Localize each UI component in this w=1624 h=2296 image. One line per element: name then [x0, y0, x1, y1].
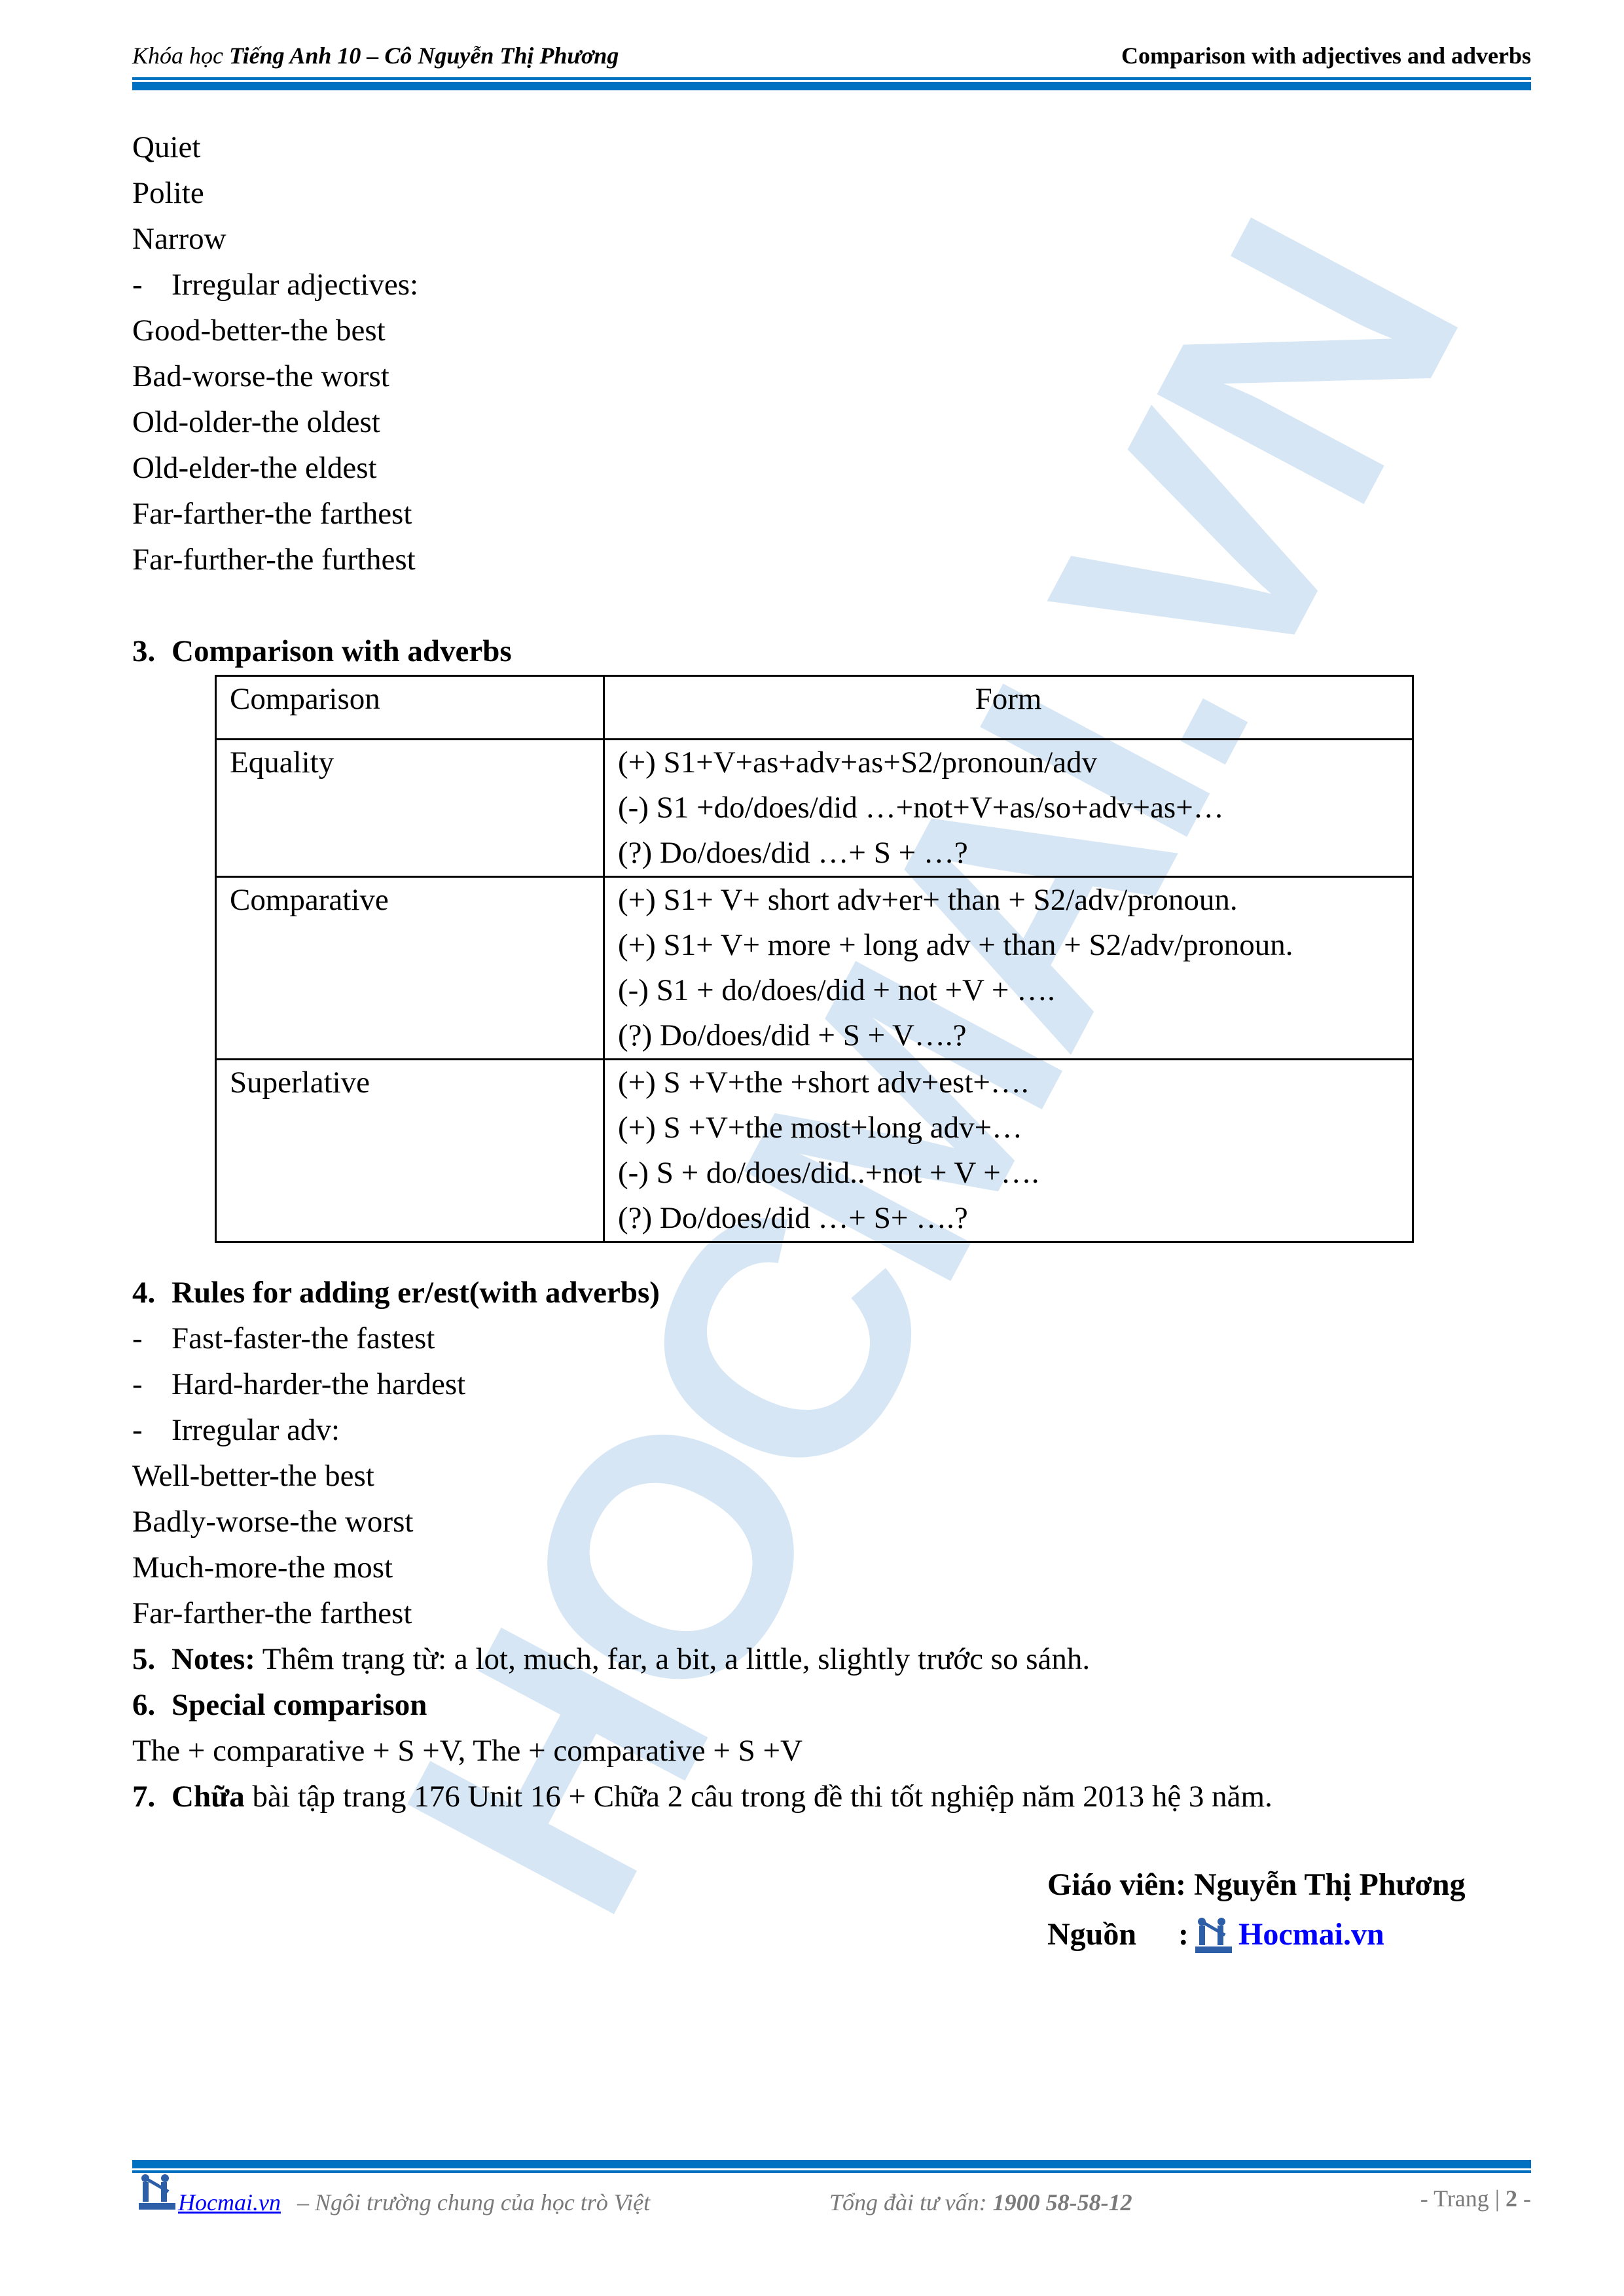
table-header-row: Comparison Form: [216, 676, 1413, 740]
table-cell-forms: (+) S +V+the +short adv+est+…. (+) S +V+…: [604, 1060, 1413, 1242]
table-row: Comparative (+) S1+ V+ short adv+er+ tha…: [216, 877, 1413, 1060]
footer-slogan: – Ngôi trường chung của học trò Việt: [297, 2189, 650, 2216]
header-course-title: Khóa học Tiếng Anh 10 – Cô Nguyễn Thị Ph…: [132, 42, 619, 69]
footer-site-link[interactable]: Hocmai.vn: [178, 2189, 281, 2216]
adjective-item: Quiet: [132, 124, 1531, 170]
table-header-comparison: Comparison: [216, 676, 604, 740]
irregular-adjective-item: Good-better-the best: [132, 308, 1531, 353]
header-course-prefix: Khóa học: [132, 43, 223, 69]
irregular-adverb-item: Badly-worse-the worst: [132, 1499, 1531, 1545]
source-link[interactable]: Hocmai.vn: [1238, 1910, 1384, 1960]
table-cell-forms: (+) S1+ V+ short adv+er+ than + S2/adv/p…: [604, 877, 1413, 1060]
header-topic: Comparison with adjectives and adverbs: [1121, 42, 1531, 69]
rule-bullet: -Irregular adv:: [132, 1407, 1531, 1453]
document-body-lower: 4. Rules for adding er/est(with adverbs)…: [132, 1270, 1531, 1820]
table-row: Equality (+) S1+V+as+adv+as+S2/pronoun/a…: [216, 740, 1413, 877]
irregular-adjective-item: Old-older-the oldest: [132, 399, 1531, 445]
table-header-form: Form: [604, 676, 1413, 740]
table-row: Superlative (+) S +V+the +short adv+est+…: [216, 1060, 1413, 1242]
adjective-item: Narrow: [132, 216, 1531, 262]
bullet-dash: -: [132, 262, 171, 308]
irregular-adjective-item: Far-further-the furthest: [132, 537, 1531, 583]
adverb-comparison-table: Comparison Form Equality (+) S1+V+as+adv…: [215, 675, 1414, 1243]
table-cell-type: Equality: [216, 740, 604, 877]
irregular-adverb-item: Much-more-the most: [132, 1545, 1531, 1590]
teacher-name: Giáo viên: Nguyễn Thị Phương: [1047, 1860, 1466, 1910]
irregular-adjectives-heading: - Irregular adjectives:: [132, 262, 1531, 308]
section-7-exercise: 7.Chữa bài tập trang 176 Unit 16 + Chữa …: [132, 1774, 1531, 1820]
irregular-adjective-item: Old-elder-the eldest: [132, 445, 1531, 491]
section-5-notes: 5.Notes: Thêm trạng từ: a lot, much, far…: [132, 1636, 1531, 1682]
irregular-adjective-item: Far-farther-the farthest: [132, 491, 1531, 537]
table-cell-forms: (+) S1+V+as+adv+as+S2/pronoun/adv (-) S1…: [604, 740, 1413, 877]
hocmai-logo-icon: [139, 2173, 175, 2210]
header-rule-thick: [132, 82, 1531, 90]
footer: Hocmai.vn – Ngôi trường chung của học tr…: [132, 2173, 1531, 2212]
irregular-adjective-item: Bad-worse-the worst: [132, 353, 1531, 399]
section-3-heading: 3. Comparison with adverbs: [132, 628, 1531, 674]
header-rule-thin: [132, 77, 1531, 80]
special-comparison-formula: The + comparative + S +V, The + comparat…: [132, 1728, 1531, 1774]
header-course-name: Tiếng Anh 10 – Cô Nguyễn Thị Phương: [229, 43, 619, 69]
source-row: Nguồn : Hocmai.vn: [1047, 1910, 1466, 1960]
footer-rule-thick: [132, 2160, 1531, 2168]
hocmai-logo-icon: [1195, 1916, 1232, 1953]
irregular-adverb-item: Far-farther-the farthest: [132, 1590, 1531, 1636]
table-cell-type: Comparative: [216, 877, 604, 1060]
table-cell-type: Superlative: [216, 1060, 604, 1242]
section-6-heading: 6. Special comparison: [132, 1682, 1531, 1728]
page-number: - Trang | 2 -: [1420, 2185, 1531, 2212]
signature-block: Giáo viên: Nguyễn Thị Phương Nguồn : Hoc…: [1047, 1860, 1466, 1960]
irregular-adverb-item: Well-better-the best: [132, 1453, 1531, 1499]
rule-bullet: -Hard-harder-the hardest: [132, 1361, 1531, 1407]
adjective-item: Polite: [132, 170, 1531, 216]
rule-bullet: -Fast-faster-the fastest: [132, 1316, 1531, 1361]
section-4-heading: 4. Rules for adding er/est(with adverbs): [132, 1270, 1531, 1316]
footer-hotline: Tổng đài tư vấn: 1900 58-58-12: [829, 2189, 1132, 2216]
document-body: Quiet Polite Narrow - Irregular adjectiv…: [132, 124, 1531, 674]
